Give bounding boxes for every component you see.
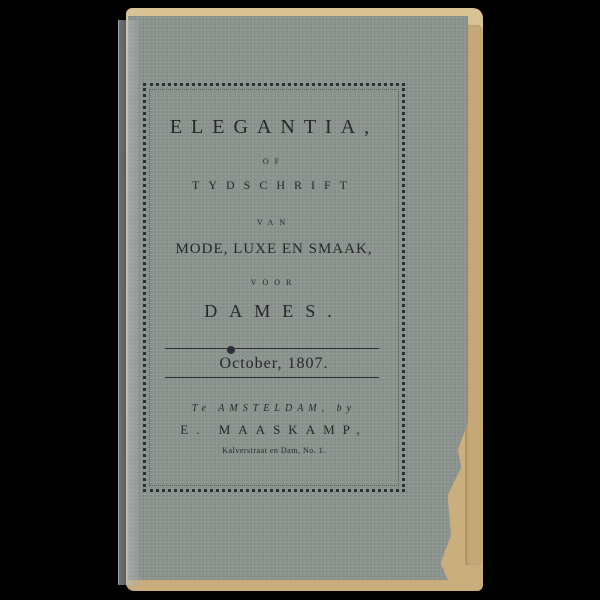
ink-spot bbox=[227, 346, 235, 354]
cover-text: ELEGANTIA, OF TYDSCHRIFT VAN MODE, LUXE … bbox=[143, 0, 405, 600]
title: ELEGANTIA, bbox=[143, 116, 405, 139]
imprint-city: Te AMSTELDAM, by bbox=[143, 403, 405, 414]
spine-tape bbox=[118, 20, 139, 585]
address: Kalverstraat en Dam, No. 1. bbox=[143, 446, 405, 455]
preposition-voor: VOOR bbox=[143, 278, 405, 287]
publisher: E. MAASKAMP, bbox=[143, 422, 405, 438]
conjunction: OF bbox=[143, 157, 405, 166]
subtitle: TYDSCHRIFT bbox=[143, 178, 405, 193]
preposition-van: VAN bbox=[143, 218, 405, 227]
topics: MODE, LUXE EN SMAAK, bbox=[143, 241, 405, 258]
audience: DAMES. bbox=[143, 301, 405, 322]
issue-date: October, 1807. bbox=[143, 355, 405, 373]
rule-bottom bbox=[165, 377, 379, 378]
rule-top bbox=[165, 348, 379, 349]
